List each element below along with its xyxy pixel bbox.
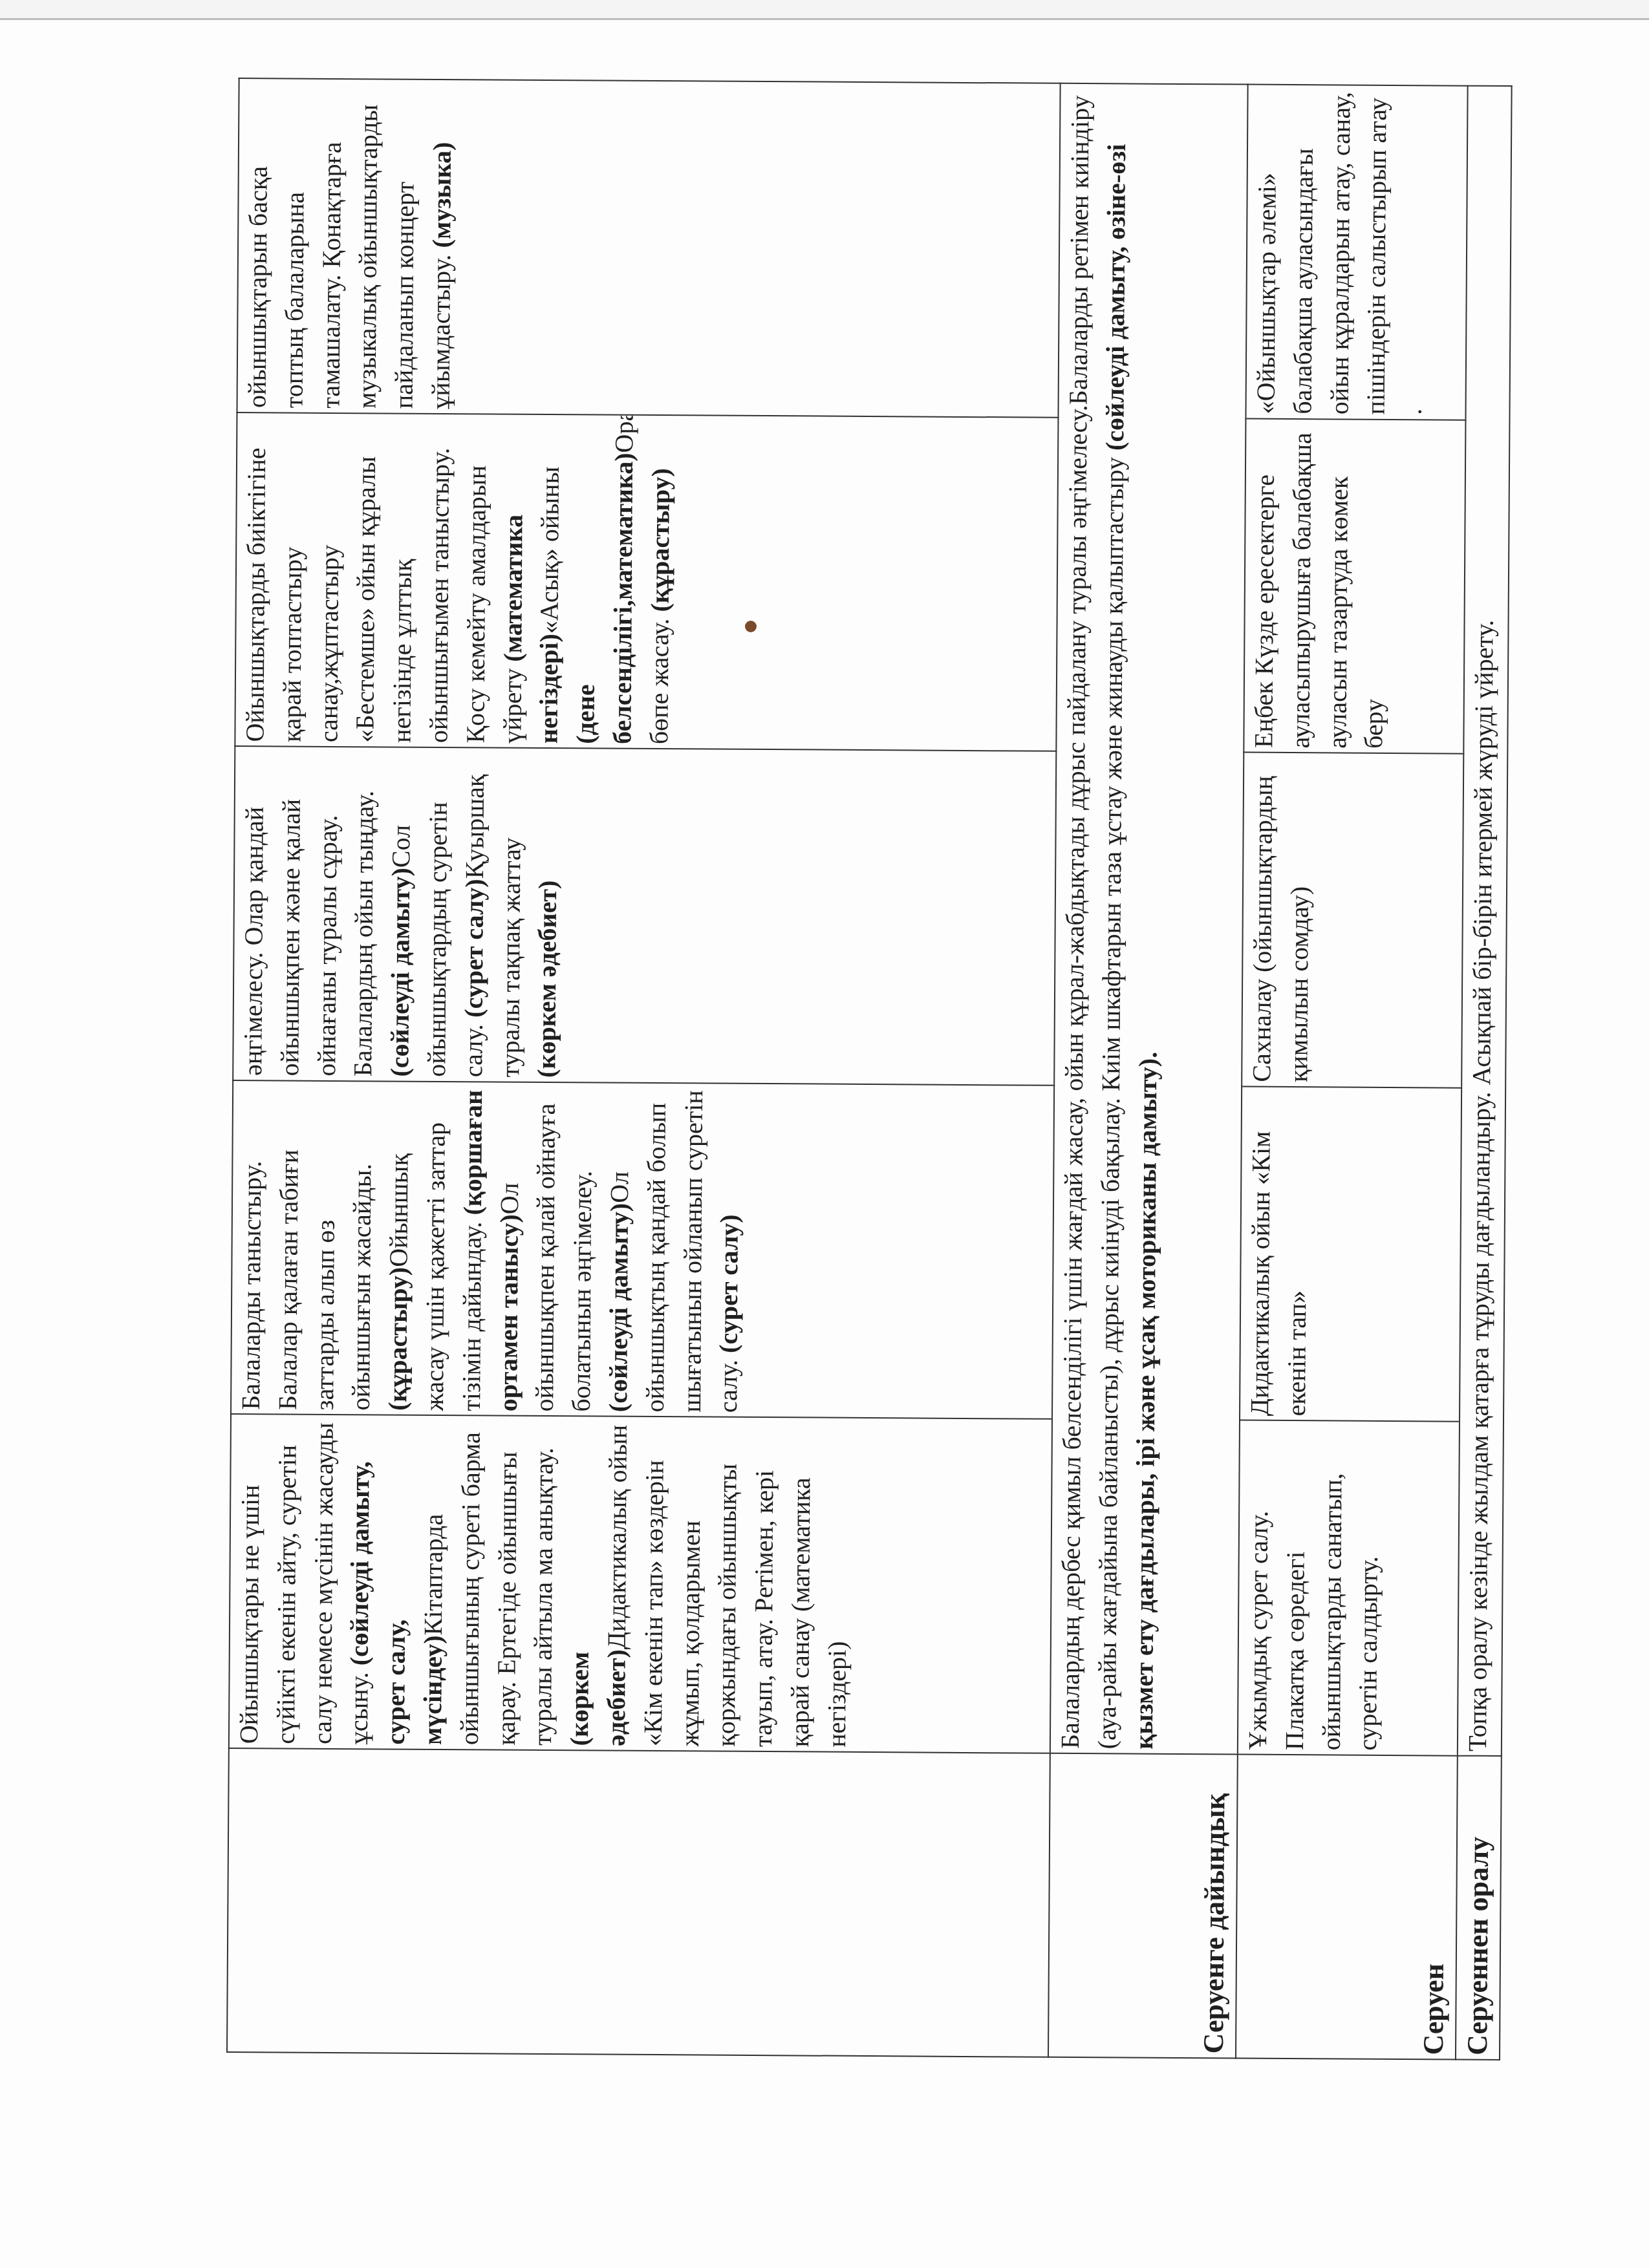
return-text: Топқа оралу кезінде жылдам қатарға тұруд… <box>1458 86 1512 1756</box>
scan-stain <box>745 621 757 632</box>
cell-text: Дидактикалық ойын «Кім екенін тап» көзде… <box>602 1425 852 1748</box>
subject-tag: (сурет салу) <box>714 1214 744 1353</box>
walk-cell-day2: Дидактикалық ойын «Кім екенін тап» <box>1240 1086 1461 1422</box>
activity-cell-day3: әңгімелесу. Олар қандай ойыншықпен және … <box>233 746 1056 1085</box>
activity-cell-day2: Балаларды таныстыру. Балалар қалаған таб… <box>231 1080 1054 1419</box>
walk-prep-text: Балалардың дербес қимыл белсенділігі үші… <box>1050 83 1248 1755</box>
activity-cell-day4: Ойыншықтарды биіктігіне қарай топтастыру… <box>235 412 1058 751</box>
activities-row: Ойыншықтары не үшін сүйікті екенін айту,… <box>227 78 1061 2057</box>
walk-prep-row: Серуенге дайындық Балалардың дербес қимы… <box>1048 83 1248 2059</box>
subject-tag: (көркем әдебиет) <box>565 1649 631 1746</box>
walk-cell-day4: Еңбек Күзде ересектерге ауласыпырушыға б… <box>1244 418 1465 754</box>
cell-text: әңгімелесу. Олар қандай ойыншықпен және … <box>238 790 379 1076</box>
rotated-page: Ойыншықтары не үшін сүйікті екенін айту,… <box>226 78 1511 2060</box>
subject-tag: (дене белсенділігі,математика) <box>571 453 639 744</box>
activity-cell-day5: ойыншықтарын басқа топтың балаларына там… <box>237 78 1060 417</box>
return-label: Серуеннен оралу <box>1456 1756 1502 2060</box>
daily-plan-table: Ойыншықтары не үшін сүйікті екенін айту,… <box>226 78 1513 2060</box>
subject-tag: (музыка) <box>427 142 457 248</box>
walk-row: Серуен Ұжымдық сурет салу. Плакатқа сөре… <box>1236 85 1468 2060</box>
scan-edge <box>0 0 1649 20</box>
subject-tag: (сөйлеуді дамыту) <box>385 868 415 1077</box>
walk-cell-day1: Ұжымдық сурет салу. Плакатқа сөредегі ой… <box>1238 1420 1460 1756</box>
walk-cell-day3: Сахналау (ойыншықтардың қимылын сомдау) <box>1242 753 1463 1088</box>
subject-tag: (көркем әдебиет) <box>532 880 563 1077</box>
cell-text: «Асық» ойыны <box>535 466 565 634</box>
cell-text: Ойыншықтарды биіктігіне қарай топтастыру… <box>240 447 526 744</box>
walk-cell-day5: «Ойыншықтар әлемі» балабақша ауласындағы… <box>1245 85 1467 420</box>
walk-label: Серуен <box>1236 1755 1458 2060</box>
subject-tag: (құрастыру) <box>383 1267 413 1411</box>
cell-text: ойыншықтарын басқа топтың балаларына там… <box>242 104 457 409</box>
activities-row-label <box>227 1748 1050 2057</box>
walk-prep-label: Серуенге дайындық <box>1048 1753 1238 2059</box>
activity-cell-day1: Ойыншықтары не үшін сүйікті екенін айту,… <box>229 1414 1052 1753</box>
cell-text: Балаларды таныстыру. Балалар қалаған таб… <box>236 1150 377 1411</box>
subject-tag: (сурет салу) <box>459 879 489 1018</box>
subject-tag: (сөйлеуді дамыту) <box>603 1203 634 1413</box>
subject-tag: (құрастыру) <box>645 468 674 612</box>
cell-text: Балалардың дербес қимыл белсенділігі үші… <box>1055 405 1093 1749</box>
